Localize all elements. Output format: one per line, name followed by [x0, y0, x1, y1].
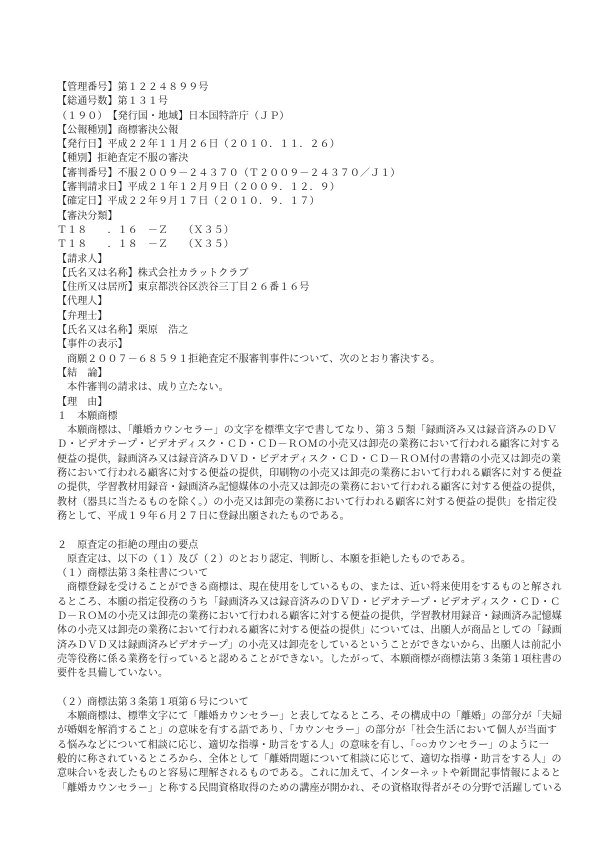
text-line: Ｄ・ビデオテープ・ビデオディスク・ＣＤ・ＣＤ－ＲＯＭの小売又は卸売の業務において… — [57, 438, 551, 452]
text-line: が婚姻を解消すること」の意味を有する語であり、「カウンセラー」の部分が「社会生活… — [57, 724, 551, 738]
text-line: （１）商標法第３条柱書について — [57, 567, 551, 581]
text-line: （２）商標法第３条第１項第６号について — [57, 696, 551, 710]
text-line: １ 本願商標 — [57, 410, 551, 424]
text-line: 般的に称されているところから、全体として「離婚問題について相談に応じて、適切な指… — [57, 753, 551, 767]
text-line: 【請求人】 — [57, 253, 551, 267]
text-line: 【審判請求日】平成２１年１２月９日（２００９．１２．９） — [57, 181, 551, 195]
text-line: 商願２００７－６８５９１拒絶査定不服審判事件について、次のとおり審決する。 — [57, 353, 551, 367]
text-line: 【住所又は居所】東京都渋谷区渋谷三丁目２６番１６号 — [57, 281, 551, 295]
text-line: 【氏名又は名称】栗原 浩之 — [57, 324, 551, 338]
text-line: 本件審判の請求は、成り立たない。 — [57, 381, 551, 395]
text-line: 体の小売又は卸売の業務において行われる顧客に対する便益の提供」については、出願人… — [57, 624, 551, 638]
text-line: 【発行日】平成２２年１１月２６日（２０１０．１１．２６） — [57, 138, 551, 152]
text-line: 【理 由】 — [57, 396, 551, 410]
text-line: 済みＤＶＤ又は録画済みビデオテープ」の小売又は卸売をしているということができない… — [57, 639, 551, 653]
text-line: 便益の提供，録画済み又は録音済みＤＶＤ・ビデオディスク・ＣＤ・ＣＤ－ＲＯＭ付の書… — [57, 453, 551, 467]
text-line: 売等役務に係る業務を行っていると認めることができない。したがって、本願商標が商標… — [57, 653, 551, 667]
text-line: の提供，学習教材用録音・録画済み記憶媒体の小売又は卸売の業務において行われる顧客… — [57, 481, 551, 495]
text-line: 意味合いを表したものと容易に理解されるものである。これに加えて、インターネットや… — [57, 767, 551, 781]
text-line: Ｔ１８ ．１６ －Ｚ （Ｘ３５） — [57, 224, 551, 238]
text-line: 【審判番号】不服２００９－２４３７０（Ｔ２００９－２４３７０／Ｊ１） — [57, 167, 551, 181]
section-refusal-reasons: ２ 原査定の拒絶の理由の要点 原査定は、以下の（１）及び（２）のとおり認定、判断… — [57, 539, 551, 682]
text-line: 【確定日】平成２２年９月１７日（２０１０．９．１７） — [57, 195, 551, 209]
text-line: 【事件の表示】 — [57, 338, 551, 352]
text-line: Ｔ１８ ．１８ －Ｚ （Ｘ３５） — [57, 238, 551, 252]
text-line: 原査定は、以下の（１）及び（２）のとおり認定、判断し、本願を拒絶したものである。 — [57, 553, 551, 567]
text-line: 【結 論】 — [57, 367, 551, 381]
text-line: 【種別】拒絶査定不服の審決 — [57, 152, 551, 166]
text-line: る悩みなどについて相談に応じ、適切な指導・助言をする人」の意味を有し、「○○カウ… — [57, 739, 551, 753]
text-line: ２ 原査定の拒絶の理由の要点 — [57, 539, 551, 553]
text-line: るところ、本願の指定役務のうち「録画済み又は録音済みのＤＶＤ・ビデオテープ・ビデ… — [57, 596, 551, 610]
text-line: 「離婚カウンセラー」と称する民間資格取得のための講座が開かれ、その資格取得者がそ… — [57, 782, 551, 796]
text-line: 【審決分類】 — [57, 210, 551, 224]
text-line: Ｄ－ＲＯＭの小売又は卸売の業務において行われる顧客に対する便益の提供，学習教材用… — [57, 610, 551, 624]
section-article-3-1-6: （２）商標法第３条第１項第６号について 本願商標は、標準文字にて「離婚カウンセラ… — [57, 696, 551, 796]
text-line: 【代理人】 — [57, 295, 551, 309]
text-line: 教材（器具に当たるものを除く。）の小売又は卸売の業務において行われる顧客に対する… — [57, 496, 551, 510]
text-line: （１９０） 【発行国・地域】日本国特許庁（ＪＰ） — [57, 110, 551, 124]
text-line: 商標登録を受けることができる商標は、現在使用をしているもの、または、近い将来使用… — [57, 581, 551, 595]
text-line: 務として、平成１９年６月２７日に登録出願されたものである。 — [57, 510, 551, 524]
section-bibliographic-and-main-text: 【管理番号】第１２２４８９９号【総通号数】第１３１号（１９０） 【発行国・地域】… — [57, 81, 551, 524]
document-content: 【管理番号】第１２２４８９９号【総通号数】第１３１号（１９０） 【発行国・地域】… — [57, 81, 551, 796]
text-line: 務において行われる顧客に対する便益の提供，印刷物の小売又は卸売の業務において行わ… — [57, 467, 551, 481]
text-line: 本願商標は、標準文字にて「離婚カウンセラー」と表してなるところ、その構成中の「離… — [57, 710, 551, 724]
text-line: 【弁理士】 — [57, 310, 551, 324]
text-line: 【管理番号】第１２２４８９９号 — [57, 81, 551, 95]
text-line: 【公報種別】商標審決公報 — [57, 124, 551, 138]
text-line: 本願商標は、「離婚カウンセラー」の文字を標準文字で書してなり、第３５類「録画済み… — [57, 424, 551, 438]
text-line: 要件を具備していない。 — [57, 667, 551, 681]
text-line: 【氏名又は名称】株式会社カラットクラブ — [57, 267, 551, 281]
trademark-appeal-decision-page: 【管理番号】第１２２４８９９号【総通号数】第１３１号（１９０） 【発行国・地域】… — [0, 0, 600, 849]
text-line: 【総通号数】第１３１号 — [57, 95, 551, 109]
